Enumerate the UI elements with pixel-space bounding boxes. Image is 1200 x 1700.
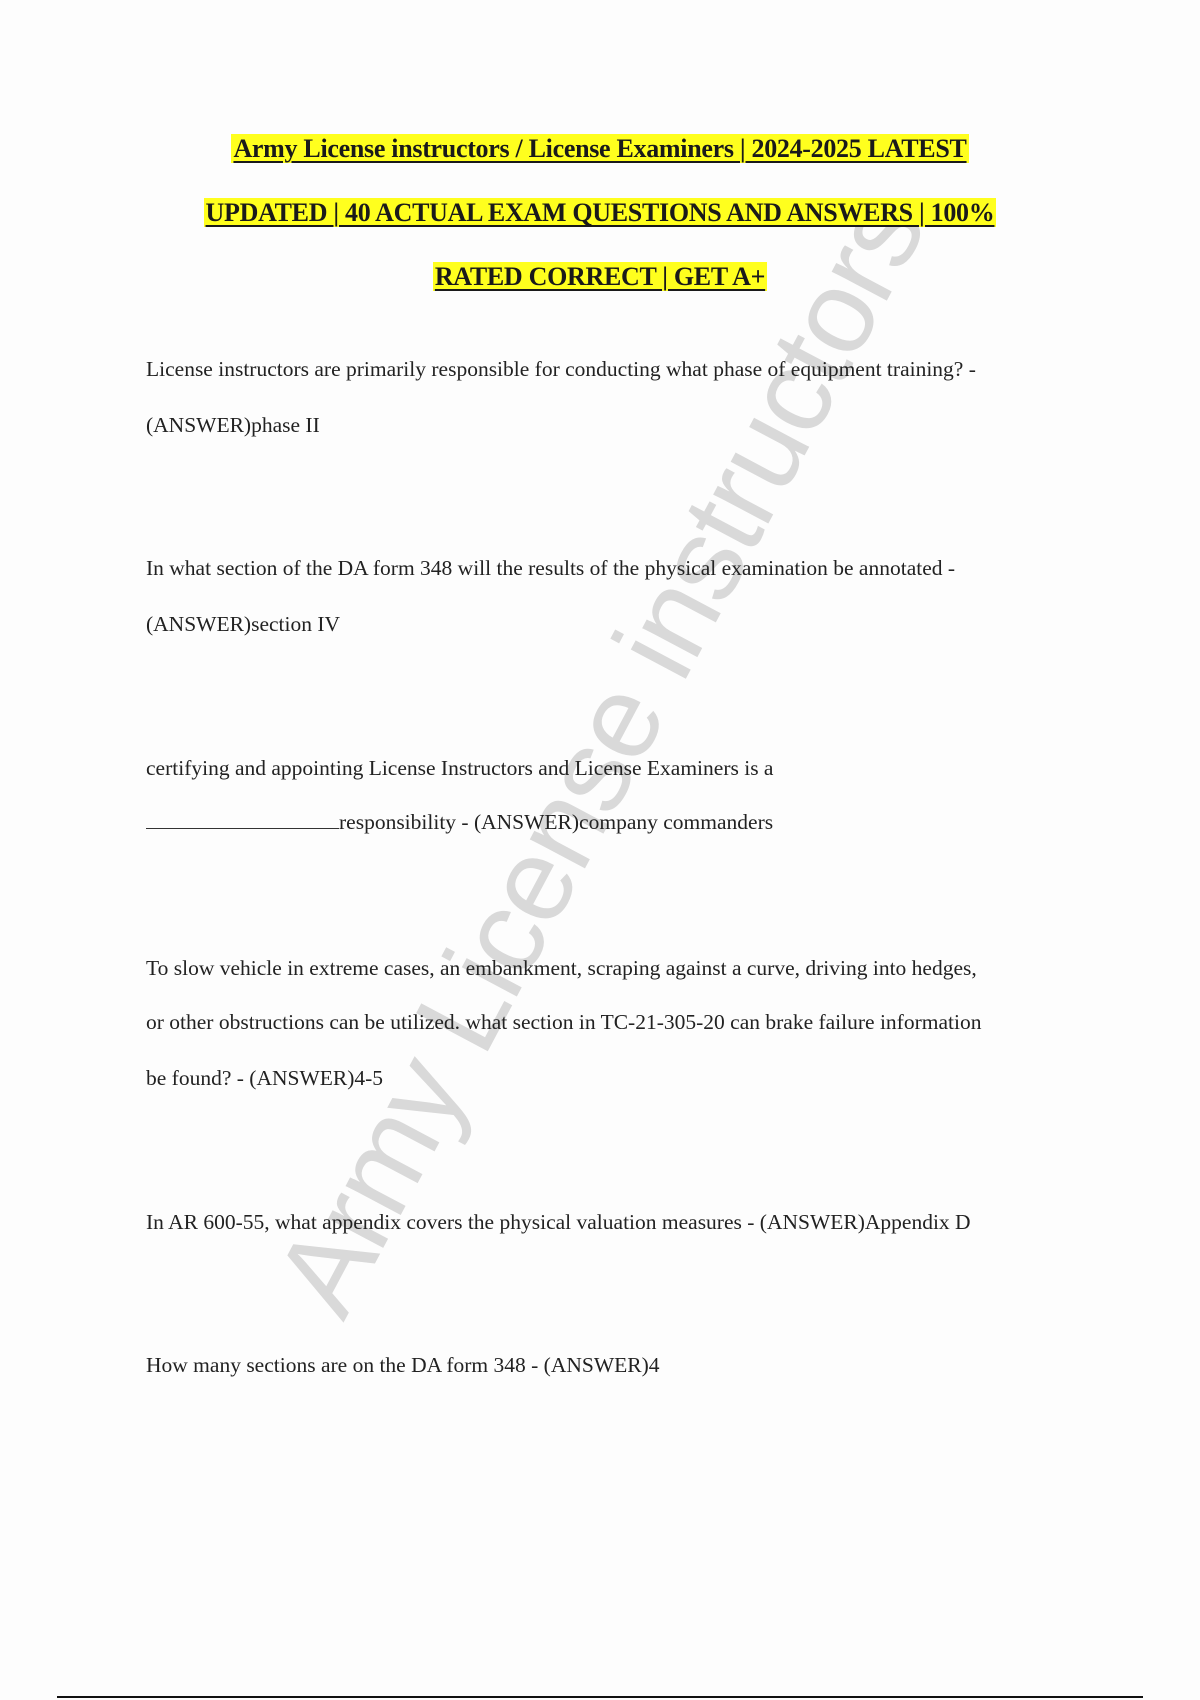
question-text: To slow vehicle in extreme cases, an emb…: [146, 956, 977, 981]
title-line-1: Army License instructors / License Exami…: [0, 134, 1200, 164]
answer-text: responsibility - (ANSWER)company command…: [146, 810, 773, 835]
fill-in-blank: [146, 810, 339, 829]
question-text: How many sections are on the DA form 348…: [146, 1353, 660, 1378]
page-bottom-rule: [57, 1696, 1143, 1698]
question-text: certifying and appointing License Instru…: [146, 756, 773, 781]
question-text: License instructors are primarily respon…: [146, 357, 976, 382]
question-text: In what section of the DA form 348 will …: [146, 556, 955, 581]
answer-text: (ANSWER)section IV: [146, 612, 340, 637]
title-line-3: RATED CORRECT | GET A+: [0, 262, 1200, 292]
answer-text: be found? - (ANSWER)4-5: [146, 1066, 383, 1091]
watermark: Army License instructors: [248, 174, 952, 1336]
answer-text: (ANSWER)phase II: [146, 413, 320, 438]
question-text: or other obstructions can be utilized. w…: [146, 1010, 981, 1035]
title-line-2: UPDATED | 40 ACTUAL EXAM QUESTIONS AND A…: [0, 198, 1200, 228]
question-text: In AR 600-55, what appendix covers the p…: [146, 1210, 971, 1235]
